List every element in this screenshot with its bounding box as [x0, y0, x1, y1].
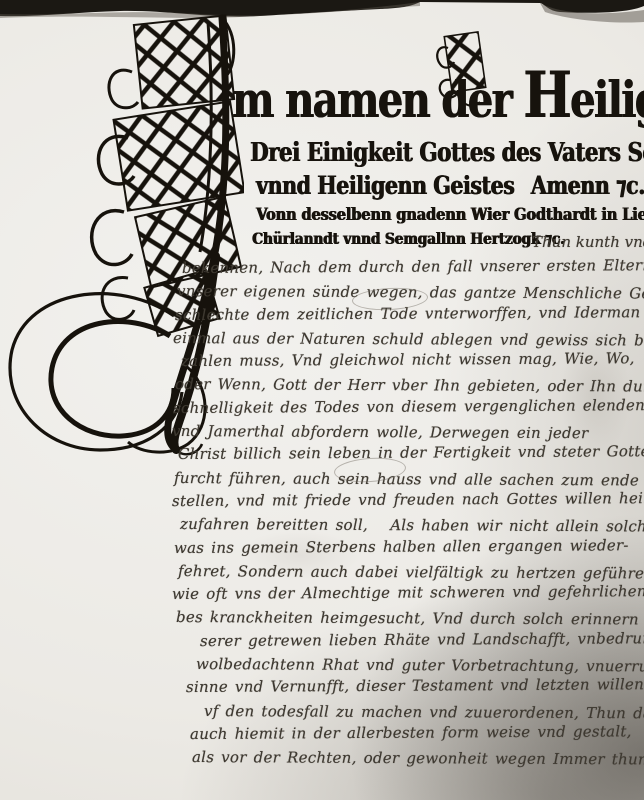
header-line1-rest: m namen der: [232, 70, 523, 129]
header-line-3: vnnd Heiligenn Geistes Amenn ⁊c.: [256, 171, 644, 200]
body-line: was ins gemein Sterbens halben allen erg…: [174, 534, 644, 560]
header-line1-holy: Heiligē: [523, 58, 644, 133]
header-cursive-lead-in: Thun kunth vnd: [532, 233, 644, 251]
header-line-2: Drei Einigkeit Gottes des Vaters Sons: [250, 138, 644, 168]
side-loop-4: [102, 277, 134, 319]
side-loop-1: [109, 70, 138, 108]
header-line-4: Vonn desselbenn gnadenn Wier Godthardt i…: [256, 205, 644, 225]
body-line: sinne vnd Vernunfft, dieser Testament vn…: [186, 674, 644, 700]
header-line-5: Chürlanndt vnnd Semgallnn Hertzogk ⁊c.: [252, 229, 565, 248]
side-loop-3: [92, 211, 132, 265]
body-line: serer getrewen lieben Rhäte vnd Landscha…: [200, 627, 644, 653]
body-line: als vor der Rechten, oder gewonheit wege…: [192, 746, 644, 772]
manuscript-page: m namen der Heiligē Drei Einigkeit Gotte…: [0, 0, 644, 800]
body-line: wie oft vns der Almechtige mit schweren …: [172, 580, 644, 606]
body-line: auch hiemit in der allerbesten form weis…: [190, 720, 644, 746]
body-line: bekennen, Nach dem durch den fall vnsere…: [182, 254, 644, 280]
header-line-1: m namen der Heiligē: [232, 58, 644, 133]
body-line: Christ billich sein leben in der Fertigk…: [178, 440, 644, 466]
knot-cluster-top: [134, 15, 234, 108]
body-line: stellen, vnd mit friede vnd freuden nach…: [172, 487, 644, 513]
body-line: schnelligkeit des Todes von diesem verge…: [173, 394, 644, 420]
body-line: zahlen muss, Vnd gleichwol nicht wissen …: [181, 347, 644, 373]
flourish-inner-loop: [51, 322, 174, 437]
body-text-block: bekennen, Nach dem durch den fall vnsere…: [172, 257, 644, 770]
